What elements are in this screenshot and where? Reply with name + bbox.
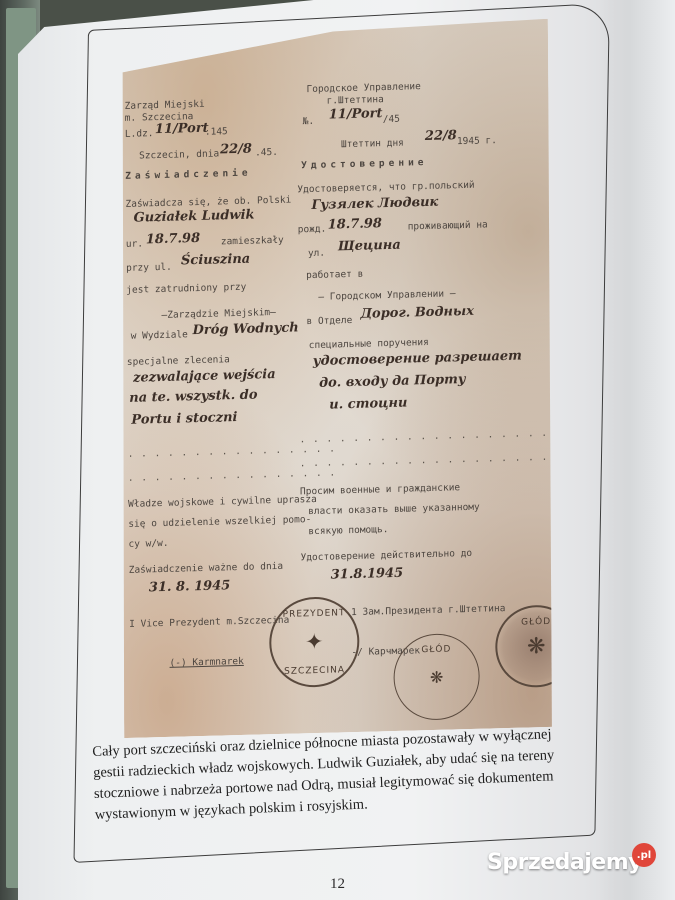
ru-department-prefix: в Отделе xyxy=(306,316,352,327)
ru-date-handwritten: 22/8 xyxy=(425,129,457,143)
page-curl-shadow xyxy=(600,0,675,900)
ru-header-line1: Городское Управление xyxy=(306,82,420,94)
pl-ref-prefix: L.dz. xyxy=(125,129,154,139)
ru-employed: работает в xyxy=(306,270,363,281)
watermark-badge: .pl xyxy=(632,843,656,867)
pl-department-handwritten: Dróg Wodnych xyxy=(193,321,299,337)
ru-date-suffix: 1945 г. xyxy=(457,136,497,147)
pl-ref-handwritten: 11/Port xyxy=(155,122,209,136)
stamp-prezydent-szczecina: PREZYDENT ✦ SZCZECINA xyxy=(269,596,360,688)
pl-street-handwritten: Ściuszina xyxy=(181,253,250,268)
ru-title: Удостоверение xyxy=(301,158,427,171)
pl-task-handwritten-1: zezwalające wejścia xyxy=(133,368,276,385)
ru-request-line2: власти оказать выше указанному xyxy=(308,503,480,517)
pl-task-handwritten-2: na te. wszystk. do xyxy=(129,388,257,404)
watermark-brand: Sprzedajemy xyxy=(487,850,642,875)
pl-valid-handwritten: 31. 8. 1945 xyxy=(149,579,231,594)
pl-blank-line: . . . . . . . . . . . . . . . . xyxy=(128,468,336,483)
pl-request-line1: Władze wojskowe i cywilne uprasza xyxy=(128,495,317,509)
document-polish-column: Zarząd Miejski m. Szczecina L.dz. 11/Por… xyxy=(125,85,300,90)
ru-resident: проживающий на xyxy=(408,220,488,232)
pl-employed: jest zatrudniony przy xyxy=(126,283,246,296)
ru-department-handwritten: Дорог. Водных xyxy=(360,305,474,321)
pl-born-handwritten: 18.7.98 xyxy=(146,232,200,246)
stamp-bottom-text: SZCZECINA xyxy=(272,665,358,677)
pl-street-prefix: przy ul. xyxy=(126,263,172,274)
pl-department-prefix: w Wydziale xyxy=(131,330,188,341)
pl-signatory-name: (-) Karmnarek xyxy=(169,657,243,668)
pl-employer: —Zarządzie Miejskim— xyxy=(161,308,275,320)
pl-valid-until: Zaświadczenie ważne do dnia xyxy=(129,562,283,576)
ru-born-prefix: рожд. xyxy=(298,225,327,235)
stamp-top-text: GŁÓD xyxy=(394,644,478,656)
ru-valid-handwritten: 31.8.1945 xyxy=(331,567,403,582)
pl-title: Zaświadczenie xyxy=(125,169,251,182)
pl-request-line2: się o udzielenie wszelkiej pomo- xyxy=(128,515,311,529)
pl-request-line3: cy w/w. xyxy=(128,539,168,550)
pl-signatory-title: I Vice Prezydent m.Szczecina xyxy=(129,616,289,630)
ru-street-handwritten: Щецина xyxy=(338,239,401,254)
ru-born-handwritten: 18.7.98 xyxy=(328,217,382,231)
eagle-emblem-icon: ❋ xyxy=(430,667,444,686)
pl-header-line1: Zarząd Miejski xyxy=(125,100,205,112)
ru-request-line3: всякую помощь. xyxy=(308,525,388,537)
ru-blank-line: . . . . . . . . . . . . . . . . . . . . … xyxy=(300,452,554,469)
ru-special-task: специальные поручения xyxy=(309,338,429,351)
pl-ref-suffix: .145 xyxy=(205,127,228,137)
ru-ref-prefix: №. xyxy=(303,117,315,127)
document-russian-column: Городское Управление г.Штеттина №. 11/Po… xyxy=(296,79,546,86)
ru-signatory-title: 1 Зам.Президента г.Штеттина xyxy=(351,604,505,618)
pl-resident: zamieszkały xyxy=(221,236,284,247)
ru-ref-handwritten: 11/Port xyxy=(329,107,383,121)
ru-request-line1: Просим военные и гражданские xyxy=(300,483,460,497)
stamp-top-text: PREZYDENT xyxy=(271,608,357,620)
pl-date-prefix: Szczecin, dnia xyxy=(139,149,219,161)
pl-name-handwritten: Guziałek Ludwik xyxy=(134,208,255,224)
pl-blank-line: . . . . . . . . . . . . . . . . xyxy=(128,444,336,459)
page-number: 12 xyxy=(330,876,345,893)
stamp-round-dark: GŁÓD ❋ xyxy=(495,604,554,688)
pl-certify-line: Zaświadcza się, że ob. Polski xyxy=(125,196,291,210)
eagle-emblem-icon: ❋ xyxy=(527,634,546,659)
ru-date-prefix: Штеттин дня xyxy=(341,139,404,150)
pl-task-handwritten-3: Portu i stoczni xyxy=(131,411,237,427)
ru-valid-until: Удостоверение действительно до xyxy=(301,549,473,563)
ru-ref-suffix: /45 xyxy=(383,115,400,125)
ru-header-line2: г.Штеттина xyxy=(327,95,384,106)
ru-street-prefix: ул. xyxy=(308,249,325,259)
ru-name-handwritten: Гузялек Людвик xyxy=(311,196,438,212)
ru-task-handwritten-1: удостоверение разрешает xyxy=(313,350,522,368)
pl-born-prefix: ur. xyxy=(126,239,143,249)
stamp-top-text: GŁÓD xyxy=(497,616,554,628)
ru-employer: — Городском Управлении — xyxy=(318,289,455,302)
pl-date-handwritten: 22/8 xyxy=(220,143,252,157)
pl-date-suffix: .45. xyxy=(255,148,278,158)
ru-blank-line: . . . . . . . . . . . . . . . . . . . . … xyxy=(300,428,555,445)
historical-document-image: Zarząd Miejski m. Szczecina L.dz. 11/Por… xyxy=(118,19,554,738)
ru-certify-line: Удостоверяется, что гр.польский xyxy=(297,181,474,195)
griffin-emblem-icon: ✦ xyxy=(305,629,324,654)
stamp-round-small: GŁÓD ❋ xyxy=(393,633,480,721)
ru-task-handwritten-2: до. входу да Порту xyxy=(319,373,466,390)
ru-task-handwritten-3: и. стоцни xyxy=(329,397,407,412)
pl-special-task: specjalne zlecenia xyxy=(127,355,230,367)
